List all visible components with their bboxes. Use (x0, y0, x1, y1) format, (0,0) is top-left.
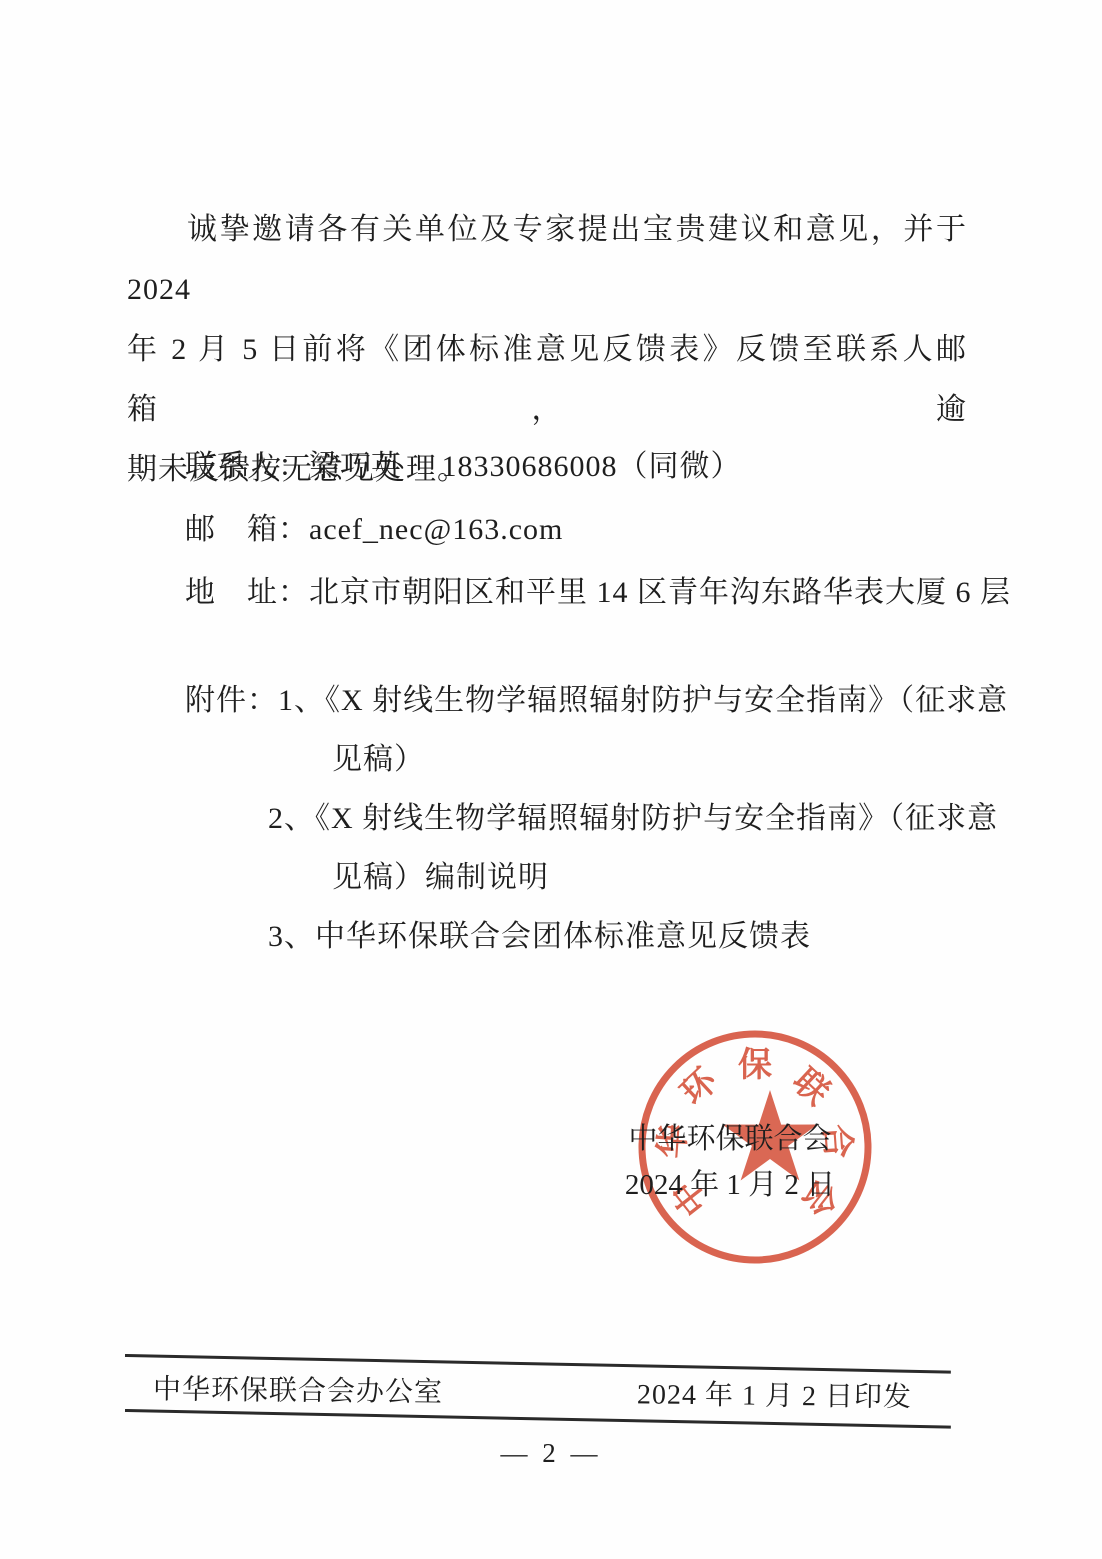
attachment-item-2-line-2: 见稿）编制说明 (332, 848, 975, 907)
footer-issue-date: 2024 年 1 月 2 日印发 (637, 1377, 912, 1416)
paragraph-line: 年 2 月 5 日前将《团体标准意见反馈表》反馈至联系人邮箱，逾 (127, 320, 967, 440)
signature-date: 2024 年 1 月 2 日 (600, 1170, 860, 1201)
footer-rule-top (125, 1354, 951, 1374)
paragraph-line: 诚挚邀请各有关单位及专家提出宝贵建议和意见，并于 2024 (127, 200, 967, 320)
attachment-block: 附件：1、《X 射线生物学辐照辐射防护与安全指南》（征求意 见稿） 2、《X 射… (185, 671, 975, 966)
seal-char: 联 (786, 1062, 837, 1113)
document-page: 诚挚邀请各有关单位及专家提出宝贵建议和意见，并于 2024 年 2 月 5 日前… (0, 0, 1102, 1559)
contact-address-line: 地 址：北京市朝阳区和平里 14 区青年沟东路华表大厦 6 层 (185, 561, 975, 624)
seal-char: 环 (674, 1062, 725, 1113)
seal-char: 保 (738, 1046, 772, 1084)
attachment-item-3: 3、中华环保联合会团体标准意见反馈表 (268, 907, 975, 966)
signature-block: 中华环保联合会 2024 年 1 月 2 日 (600, 1124, 860, 1201)
contact-email-line: 邮 箱：acef_nec@163.com (185, 498, 975, 561)
attachment-item-1-line-2: 见稿） (332, 730, 975, 789)
page-number: — 2 — (0, 1438, 1102, 1469)
signature-organization: 中华环保联合会 (600, 1124, 860, 1155)
footer-office-name: 中华环保联合会办公室 (153, 1372, 443, 1411)
contact-block: 联系人：梁巧英 18330686008（同微） 邮 箱：acef_nec@163… (185, 435, 975, 624)
contact-person-line: 联系人：梁巧英 18330686008（同微） (185, 435, 975, 498)
attachment-item-1-line-1: 附件：1、《X 射线生物学辐照辐射防护与安全指南》（征求意 (185, 671, 975, 730)
footer-row: 中华环保联合会办公室 2024 年 1 月 2 日印发 (125, 1372, 951, 1417)
attachment-item-2-line-1: 2、《X 射线生物学辐照辐射防护与安全指南》（征求意 (268, 789, 975, 848)
